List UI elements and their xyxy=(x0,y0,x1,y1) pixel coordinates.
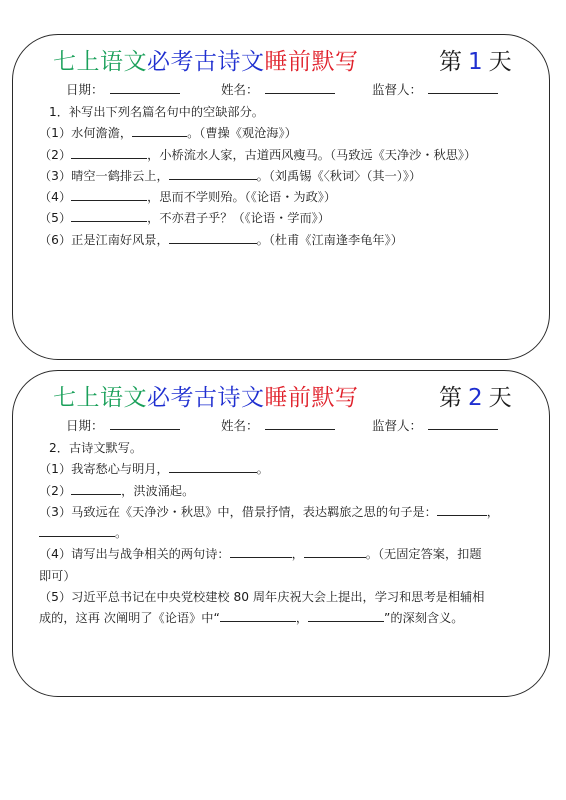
item-number: （1） xyxy=(39,462,71,476)
date-field[interactable]: 日期： xyxy=(66,416,180,436)
item-text: 正是江南好风景， xyxy=(71,233,169,247)
item-text: 。（刘禹锡《〈秋词〉（其一）》） xyxy=(257,169,422,183)
name-label: 姓名： xyxy=(221,82,259,97)
supervisor-field[interactable]: 监督人： xyxy=(372,416,498,436)
item-text: 。（曹操《观沧海》） xyxy=(187,126,297,140)
item-text: 。（杜甫《江南逢李龟年》） xyxy=(257,233,403,247)
item-text: ，洪波涌起。 xyxy=(121,484,194,498)
supervisor-blank[interactable] xyxy=(428,417,498,430)
name-field[interactable]: 姓名： xyxy=(221,416,335,436)
item-text: 成的，这再 次阐明了《论语》中“ xyxy=(39,611,220,625)
question-content: 2．古诗文默写。 （1）我寄愁心与明月，。 （2），洪波涌起。 （3）马致远在《… xyxy=(39,438,529,630)
question-item: （4）请写出与战争相关的两句诗：，。（无固定答案，扣题 xyxy=(39,544,529,565)
card-header: 七上语文必考古诗文睡前默写 第1天 xyxy=(53,47,523,77)
item-text: 。（无固定答案，扣题 xyxy=(366,547,482,561)
date-field[interactable]: 日期： xyxy=(66,80,180,100)
item-text: 马致远在《天净沙・秋思》中，借景抒情，表达羁旅之思的句子是： xyxy=(71,505,437,519)
date-label: 日期： xyxy=(66,82,104,97)
item-text: 水何澹澹， xyxy=(71,126,132,140)
supervisor-label: 监督人： xyxy=(372,82,422,97)
answer-blank[interactable] xyxy=(71,482,121,495)
answer-blank[interactable] xyxy=(304,545,366,558)
item-number: （3） xyxy=(39,505,71,519)
title-part-red: 睡前默写 xyxy=(265,385,359,411)
title-part-red: 睡前默写 xyxy=(265,49,359,75)
item-number: （2） xyxy=(39,484,71,498)
item-number: （1） xyxy=(39,126,71,140)
item-text: ，思而不学则殆。（《论语・为政》） xyxy=(147,190,336,204)
name-blank[interactable] xyxy=(265,417,335,430)
item-number: （5） xyxy=(39,211,71,225)
answer-blank[interactable] xyxy=(437,503,487,516)
supervisor-field[interactable]: 监督人： xyxy=(372,80,498,100)
card-title: 七上语文必考古诗文睡前默写 xyxy=(53,383,359,413)
answer-blank[interactable] xyxy=(71,188,147,201)
question-content: 1．补写出下列名篇名句中的空缺部分。 （1）水何澹澹，。（曹操《观沧海》） （2… xyxy=(39,102,529,251)
question-item: （4），思而不学则殆。（《论语・为政》） xyxy=(39,187,529,208)
item-number: （2） xyxy=(39,148,71,162)
item-number: （4） xyxy=(39,190,71,204)
date-label: 日期： xyxy=(66,418,104,433)
item-text: ， xyxy=(487,505,499,519)
question-item: （1）水何澹澹，。（曹操《观沧海》） xyxy=(39,123,529,144)
answer-blank[interactable] xyxy=(169,460,257,473)
item-number: （4） xyxy=(39,547,71,561)
question-item-continued: 成的，这再 次阐明了《论语》中“，”的深刻含义。 xyxy=(39,608,529,629)
title-part-green: 七上语文 xyxy=(53,49,147,75)
worksheet-card-day-1: 七上语文必考古诗文睡前默写 第1天 日期： 姓名： 监督人： 1．补写出下列名篇… xyxy=(12,34,550,360)
item-text: ， xyxy=(296,611,308,625)
item-text: 请写出与战争相关的两句诗： xyxy=(71,547,229,561)
day-prefix: 第 xyxy=(439,385,462,411)
answer-blank[interactable] xyxy=(71,209,147,222)
worksheet-card-day-2: 七上语文必考古诗文睡前默写 第2天 日期： 姓名： 监督人： 2．古诗文默写。 … xyxy=(12,370,550,697)
question-item-continued: 。 xyxy=(39,523,529,544)
item-number: （3） xyxy=(39,169,71,183)
answer-blank[interactable] xyxy=(220,609,296,622)
question-item: （3）马致远在《天净沙・秋思》中，借景抒情，表达羁旅之思的句子是：， xyxy=(39,502,529,523)
day-number: 2 xyxy=(468,385,483,411)
day-label: 第1天 xyxy=(439,47,512,77)
day-suffix: 天 xyxy=(489,385,512,411)
answer-blank[interactable] xyxy=(39,524,115,537)
item-text: 。 xyxy=(257,462,269,476)
item-text: ，小桥流水人家，古道西风瘦马。（马致远《天净沙・秋思》） xyxy=(147,148,476,162)
question-item: （6）正是江南好风景，。（杜甫《江南逢李龟年》） xyxy=(39,230,529,251)
item-text: 即可） xyxy=(39,569,76,583)
title-part-blue: 必考古诗文 xyxy=(147,49,265,75)
card-title: 七上语文必考古诗文睡前默写 xyxy=(53,47,359,77)
date-blank[interactable] xyxy=(110,417,180,430)
answer-blank[interactable] xyxy=(230,545,292,558)
item-text: 。 xyxy=(115,526,127,540)
card-header: 七上语文必考古诗文睡前默写 第2天 xyxy=(53,383,523,413)
answer-blank[interactable] xyxy=(132,124,187,137)
question-title: 1．补写出下列名篇名句中的空缺部分。 xyxy=(39,102,529,123)
supervisor-label: 监督人： xyxy=(372,418,422,433)
day-suffix: 天 xyxy=(489,49,512,75)
day-number: 1 xyxy=(468,49,483,75)
question-item: （2），洪波涌起。 xyxy=(39,481,529,502)
item-text: ，不亦君子乎？（《论语・学而》） xyxy=(147,211,330,225)
item-text: 我寄愁心与明月， xyxy=(71,462,169,476)
question-title: 2．古诗文默写。 xyxy=(39,438,529,459)
question-item: （3）晴空一鹤排云上，。（刘禹锡《〈秋词〉（其一）》） xyxy=(39,166,529,187)
info-row: 日期： 姓名： 监督人： xyxy=(13,416,549,436)
item-text: ”的深刻含义。 xyxy=(384,611,463,625)
title-part-blue: 必考古诗文 xyxy=(147,385,265,411)
item-text: 习近平总书记在中央党校建校 80 周年庆祝大会上提出，学习和思考是相辅相 xyxy=(71,590,484,604)
date-blank[interactable] xyxy=(110,81,180,94)
question-item: （5）习近平总书记在中央党校建校 80 周年庆祝大会上提出，学习和思考是相辅相 xyxy=(39,587,529,608)
info-row: 日期： 姓名： 监督人： xyxy=(13,80,549,100)
item-number: （6） xyxy=(39,233,71,247)
answer-blank[interactable] xyxy=(308,609,384,622)
title-part-green: 七上语文 xyxy=(53,385,147,411)
question-item: （5），不亦君子乎？（《论语・学而》） xyxy=(39,208,529,229)
name-blank[interactable] xyxy=(265,81,335,94)
name-field[interactable]: 姓名： xyxy=(221,80,335,100)
question-item-continued: 即可） xyxy=(39,566,529,587)
item-number: （5） xyxy=(39,590,71,604)
answer-blank[interactable] xyxy=(169,167,257,180)
name-label: 姓名： xyxy=(221,418,259,433)
answer-blank[interactable] xyxy=(71,146,147,159)
day-label: 第2天 xyxy=(439,383,512,413)
answer-blank[interactable] xyxy=(169,231,257,244)
item-text: ， xyxy=(292,547,304,561)
question-item: （1）我寄愁心与明月，。 xyxy=(39,459,529,480)
day-prefix: 第 xyxy=(439,49,462,75)
item-text: 晴空一鹤排云上， xyxy=(71,169,169,183)
question-item: （2），小桥流水人家，古道西风瘦马。（马致远《天净沙・秋思》） xyxy=(39,145,529,166)
supervisor-blank[interactable] xyxy=(428,81,498,94)
